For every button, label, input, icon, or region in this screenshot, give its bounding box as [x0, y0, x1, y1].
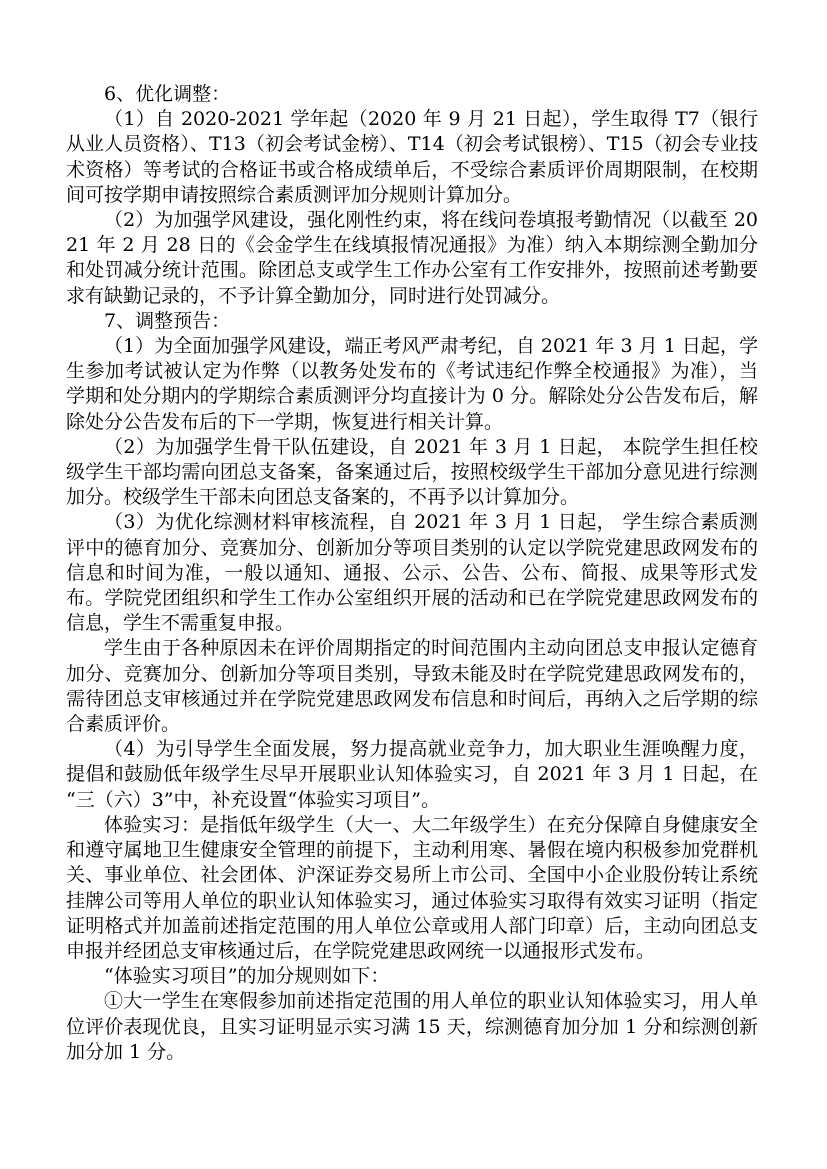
paragraph-bonus-rules-intro: “体验实习项目”的加分规则如下：: [66, 964, 758, 989]
heading-item-7: 7、调整预告：: [66, 309, 758, 334]
paragraph-6-1: （1）自 2020-2021 学年起（2020 年 9 月 21 日起），学生取…: [66, 107, 758, 208]
heading-item-6: 6、优化调整：: [66, 82, 758, 107]
paragraph-7-3-continued: 学生由于各种原因未在评价周期指定的时间范围内主动向团总支申报认定德育加分、竞赛加…: [66, 636, 758, 737]
document-page: 6、优化调整： （1）自 2020-2021 学年起（2020 年 9 月 21…: [0, 0, 827, 1169]
paragraph-7-4: （4）为引导学生全面发展，努力提高就业竞争力，加大职业生涯唤醒力度，提倡和鼓励低…: [66, 737, 758, 813]
paragraph-6-2: （2）为加强学风建设，强化刚性约束，将在线问卷填报考勤情况（以截至 2021 年…: [66, 208, 758, 309]
document-text-content: 6、优化调整： （1）自 2020-2021 学年起（2020 年 9 月 21…: [66, 82, 758, 1065]
paragraph-7-1: （1）为全面加强学风建设，端正考风严肃考纪，自 2021 年 3 月 1 日起，…: [66, 334, 758, 435]
paragraph-definition-tiyanshixi: 体验实习：是指低年级学生（大一、大二年级学生）在充分保障自身健康安全和遵守属地卫…: [66, 813, 758, 964]
paragraph-7-2: （2）为加强学生骨干队伍建设，自 2021 年 3 月 1 日起， 本院学生担任…: [66, 435, 758, 511]
paragraph-bonus-rule-1: ①大一学生在寒假参加前述指定范围的用人单位的职业认知体验实习，用人单位评价表现优…: [66, 989, 758, 1065]
paragraph-7-3: （3）为优化综测材料审核流程，自 2021 年 3 月 1 日起， 学生综合素质…: [66, 510, 758, 636]
